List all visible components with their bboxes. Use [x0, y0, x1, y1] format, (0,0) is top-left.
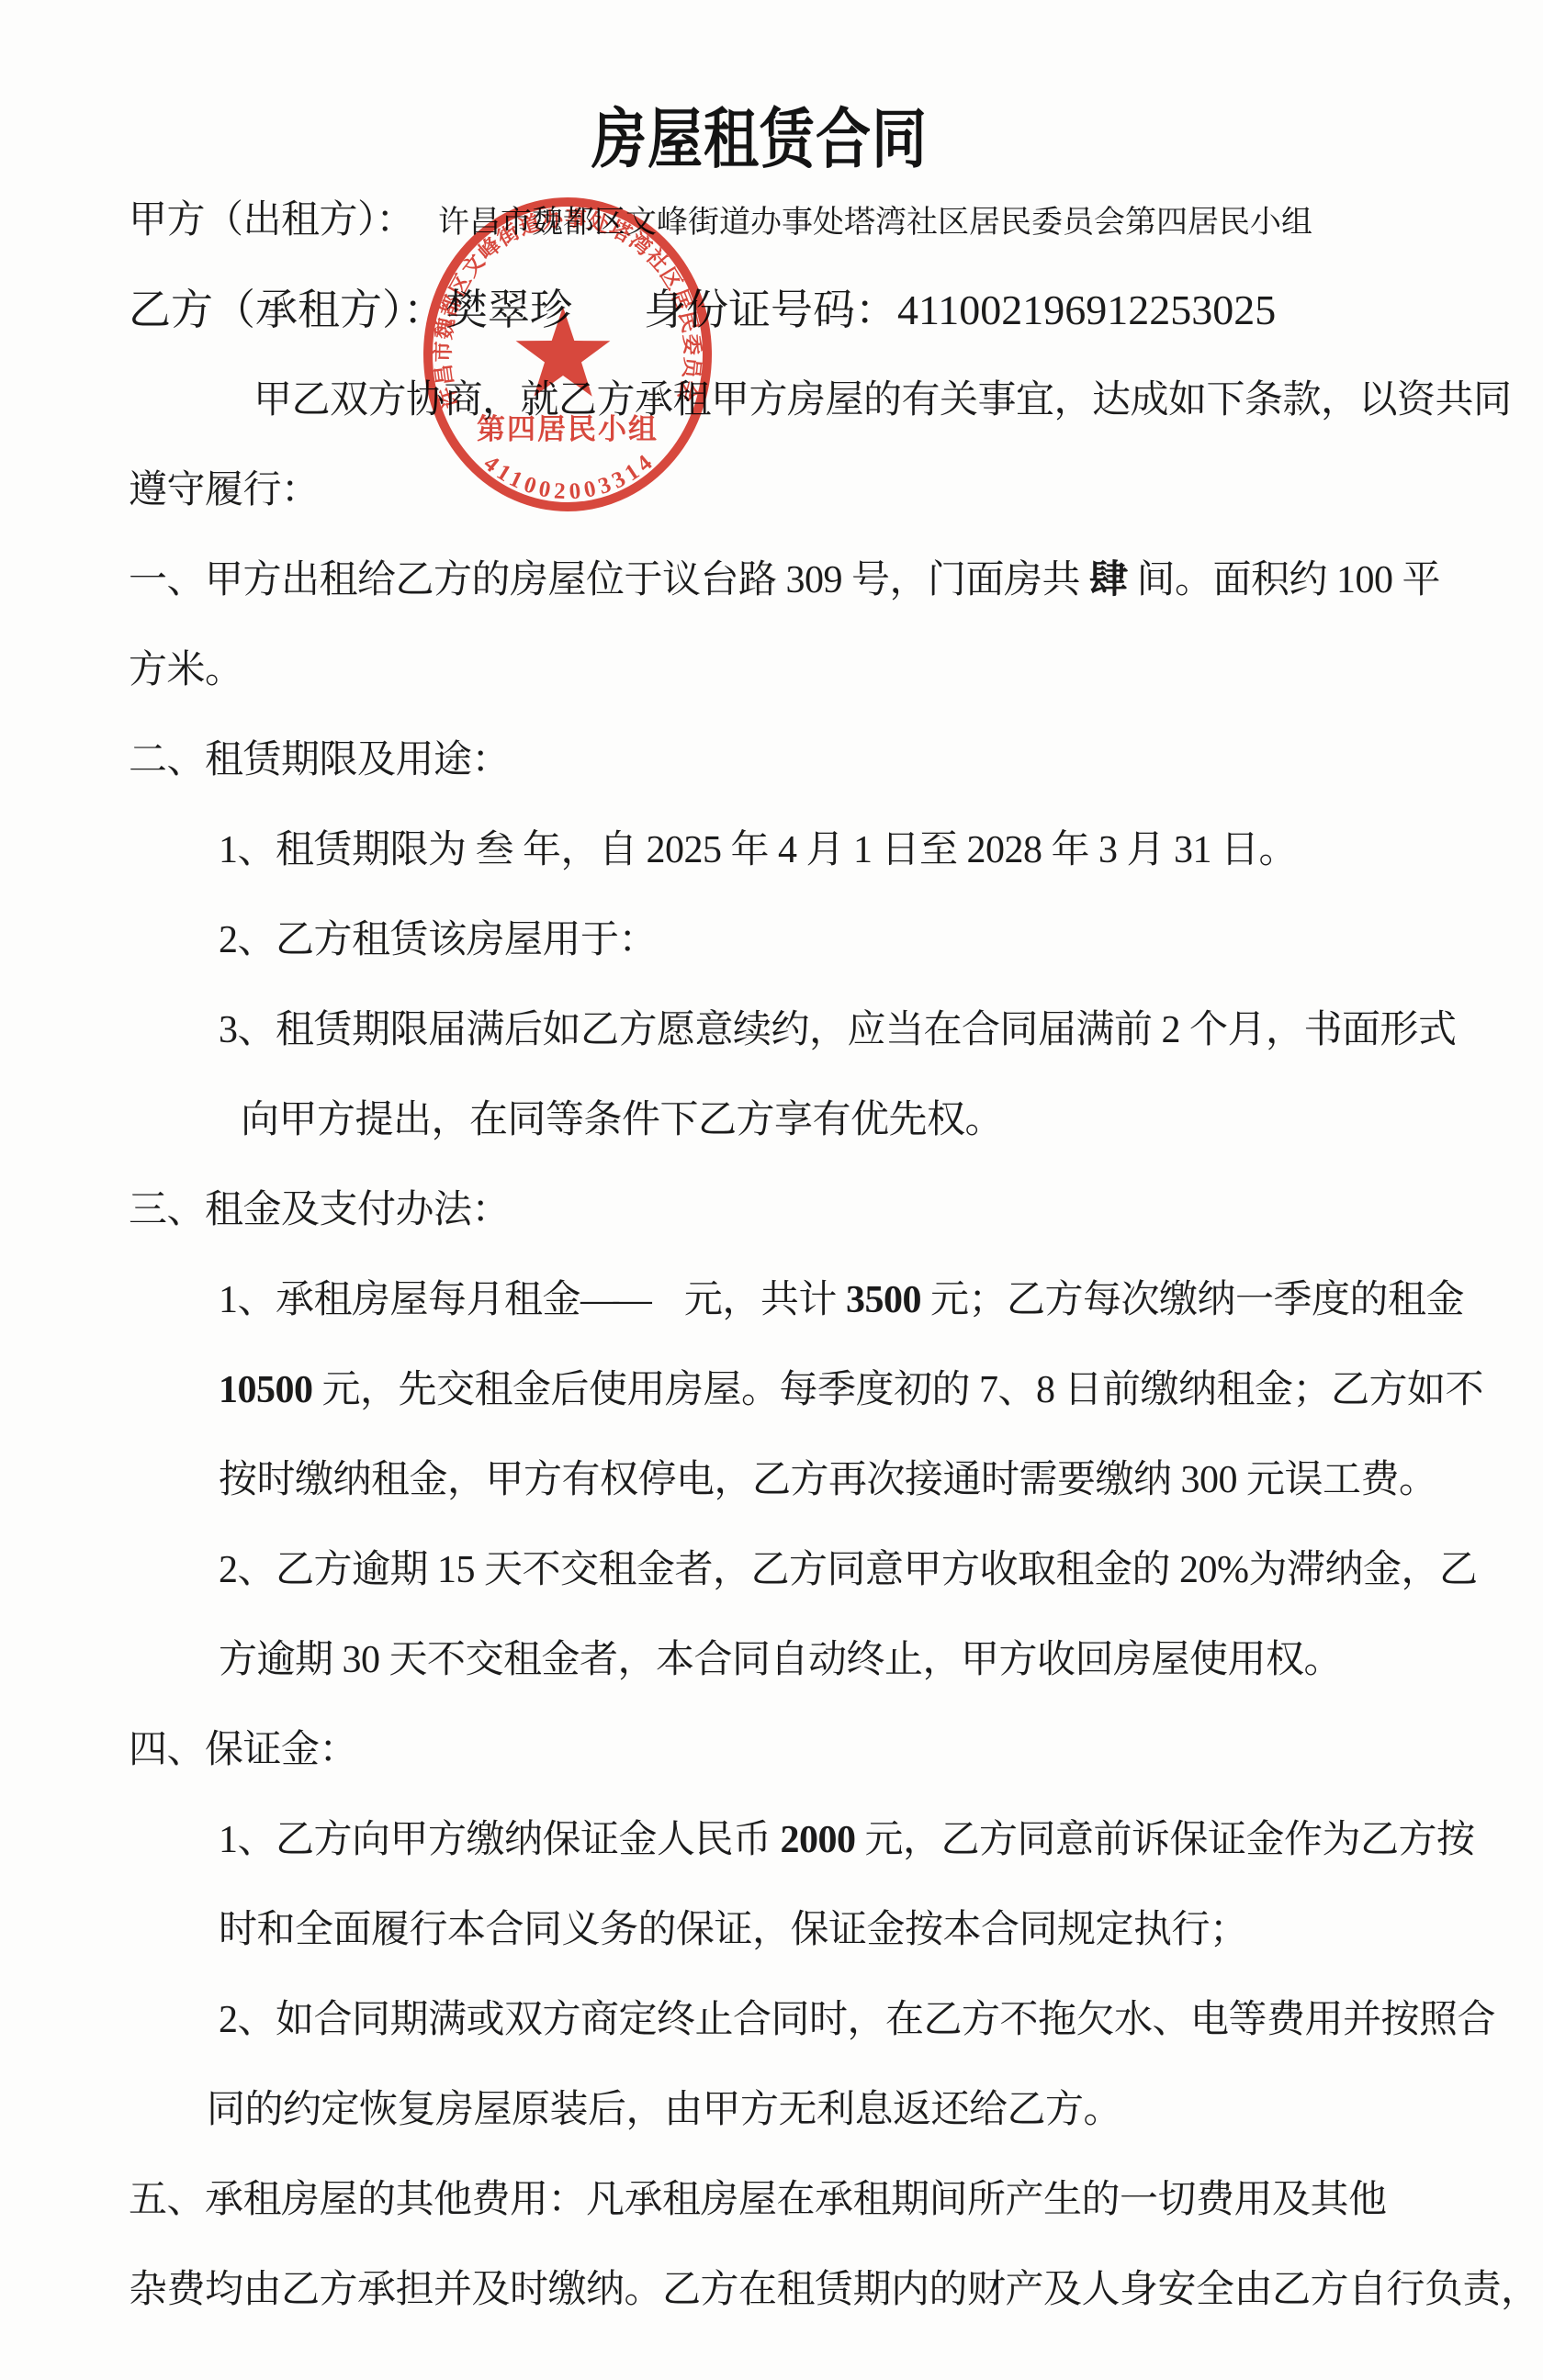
contract-lines: 甲方（出租方）：许昌市魏都区文峰街道办事处塔湾社区居民委员会第四居民小组乙方（承…	[129, 175, 1543, 2335]
text-segment: 方逾期 30 天不交租金者，本合同自动终止，甲方收回房屋使用权。	[219, 1639, 1342, 1681]
body-line: 1、租赁期限为 叁 年，自 2025 年 4 月 1 日至 2028 年 3 月…	[129, 805, 1543, 895]
body-line: 甲乙双方协商，就乙方承租甲方房屋的有关事宜，达成如下条款，以资共同	[129, 355, 1543, 445]
body-line: 甲方（出租方）：许昌市魏都区文峰街道办事处塔湾社区居民委员会第四居民小组	[129, 175, 1543, 265]
text-segment: 四、保证金：	[129, 1729, 357, 1771]
text-segment: 1、承租房屋每月租金	[219, 1279, 580, 1321]
body-line: 四、保证金：	[129, 1705, 1543, 1795]
text-segment: 1、租赁期限为 叁 年，自 2025 年 4 月 1 日至 2028 年 3 月…	[219, 829, 1297, 871]
body-line: 五、承租房屋的其他费用：凡承租房屋在承租期间所产生的一切费用及其他	[129, 2155, 1543, 2245]
body-line: 方米。	[129, 625, 1543, 715]
text-segment: 甲方（出租方）：	[129, 199, 414, 241]
text-segment: 按时缴纳租金，甲方有权停电，乙方再次接通时需要缴纳 300 元误工费。	[219, 1459, 1437, 1501]
text-segment: 许昌市魏都区文峰街道办事处塔湾社区居民委员会第四居民小组	[438, 206, 1312, 240]
text-segment: 五、承租房屋的其他费用：凡承租房屋在承租期间所产生的一切费用及其他	[129, 2179, 1387, 2221]
text-segment: 元，先交租金后使用房屋。每季度初的 7、8 日前缴纳租金；乙方如不	[313, 1369, 1484, 1411]
contract-page: 房屋租赁合同 甲方（出租方）：许昌市魏都区文峰街道办事处塔湾社区居民委员会第四居…	[0, 0, 1543, 2380]
text-segment: 遵守履行：	[129, 469, 320, 511]
body-line: 3、租赁期限届满后如乙方愿意续约，应当在合同届满前 2 个月，书面形式	[129, 985, 1543, 1075]
text-segment: 3500	[846, 1279, 921, 1321]
text-segment: 1、乙方向甲方缴纳保证金人民币	[219, 1819, 781, 1861]
body-line: 按时缴纳租金，甲方有权停电，乙方再次接通时需要缴纳 300 元误工费。	[129, 1435, 1543, 1525]
body-line: 三、租金及支付办法：	[129, 1165, 1543, 1255]
text-segment: 2000	[781, 1819, 856, 1861]
text-segment: 2、乙方租赁该房屋用于：	[219, 919, 657, 961]
body-line: 同的约定恢复房屋原装后，由甲方无利息返还给乙方。	[129, 2065, 1543, 2155]
text-segment: 3、租赁期限届满后如乙方愿意续约，应当在合同届满前 2 个月，书面形式	[219, 1009, 1457, 1051]
text-segment: 向甲方提出，在同等条件下乙方享有优先权。	[241, 1099, 1003, 1141]
text-segment: 2、如合同期满或双方商定终止合同时，在乙方不拖欠水、电等费用并按照合	[219, 1999, 1495, 2041]
body-line: 杂费均由乙方承担并及时缴纳。乙方在租赁期内的财产及人身安全由乙方自行负责，	[129, 2245, 1543, 2335]
text-segment: 元；乙方每次缴纳一季度的租金	[921, 1279, 1464, 1321]
body-line: 1、乙方向甲方缴纳保证金人民币 2000 元，乙方同意前诉保证金作为乙方按	[129, 1795, 1543, 1885]
text-segment: 时和全面履行本合同义务的保证，保证金按本合同规定执行；	[219, 1909, 1248, 1951]
text-segment: 肆	[1089, 559, 1128, 601]
text-segment: ——	[580, 1279, 646, 1321]
body-line: 2、乙方逾期 15 天不交租金者，乙方同意甲方收取租金的 20%为滞纳金，乙	[129, 1525, 1543, 1615]
text-segment: 同的约定恢复房屋原装后，由甲方无利息返还给乙方。	[207, 2089, 1121, 2131]
text-segment: 一、甲方出租给乙方的房屋位于议台路 309 号，门面房共	[129, 559, 1089, 601]
page-title: 房屋租赁合同	[591, 88, 928, 181]
text-segment: 间。面积约 100 平	[1128, 559, 1441, 601]
text-segment: 甲乙双方协商，就乙方承租甲方房屋的有关事宜，达成如下条款，以资共同	[253, 379, 1512, 421]
page-title-row: 房屋租赁合同	[0, 88, 1543, 167]
body-line: 10500 元，先交租金后使用房屋。每季度初的 7、8 日前缴纳租金；乙方如不	[129, 1345, 1543, 1435]
text-segment: 二、租赁期限及用途：	[129, 739, 510, 781]
text-segment: 10500	[219, 1369, 313, 1411]
body-line: 1、承租房屋每月租金—— 元，共计 3500 元；乙方每次缴纳一季度的租金	[129, 1255, 1543, 1345]
body-line: 2、如合同期满或双方商定终止合同时，在乙方不拖欠水、电等费用并按照合	[129, 1975, 1543, 2065]
body-line: 二、租赁期限及用途：	[129, 715, 1543, 805]
text-segment: 杂费均由乙方承担并及时缴纳。乙方在租赁期内的财产及人身安全由乙方自行负责，	[129, 2269, 1539, 2311]
text-segment: 2、乙方逾期 15 天不交租金者，乙方同意甲方收取租金的 20%为滞纳金，乙	[219, 1549, 1478, 1591]
text-segment: 元，乙方同意前诉保证金作为乙方按	[856, 1819, 1475, 1861]
body-line: 遵守履行：	[129, 445, 1543, 535]
text-segment: 三、租金及支付办法：	[129, 1189, 510, 1231]
body-line: 2、乙方租赁该房屋用于：	[129, 895, 1543, 985]
body-line: 一、甲方出租给乙方的房屋位于议台路 309 号，门面房共 肆 间。面积约 100…	[129, 535, 1543, 625]
body-line: 乙方（承租方）：樊翠珍身份证号码：411002196912253025	[129, 265, 1543, 355]
text-segment: 樊翠珍	[445, 286, 572, 333]
body-line: 时和全面履行本合同义务的保证，保证金按本合同规定执行；	[129, 1885, 1543, 1975]
text-segment: 方米。	[129, 649, 243, 691]
text-segment: 身份证号码：411002196912253025	[644, 286, 1276, 333]
body-line: 方逾期 30 天不交租金者，本合同自动终止，甲方收回房屋使用权。	[129, 1615, 1543, 1705]
text-segment: 元，共计	[646, 1279, 846, 1321]
body-line: 向甲方提出，在同等条件下乙方享有优先权。	[129, 1075, 1543, 1165]
text-segment: 乙方（承租方）：	[129, 286, 445, 333]
